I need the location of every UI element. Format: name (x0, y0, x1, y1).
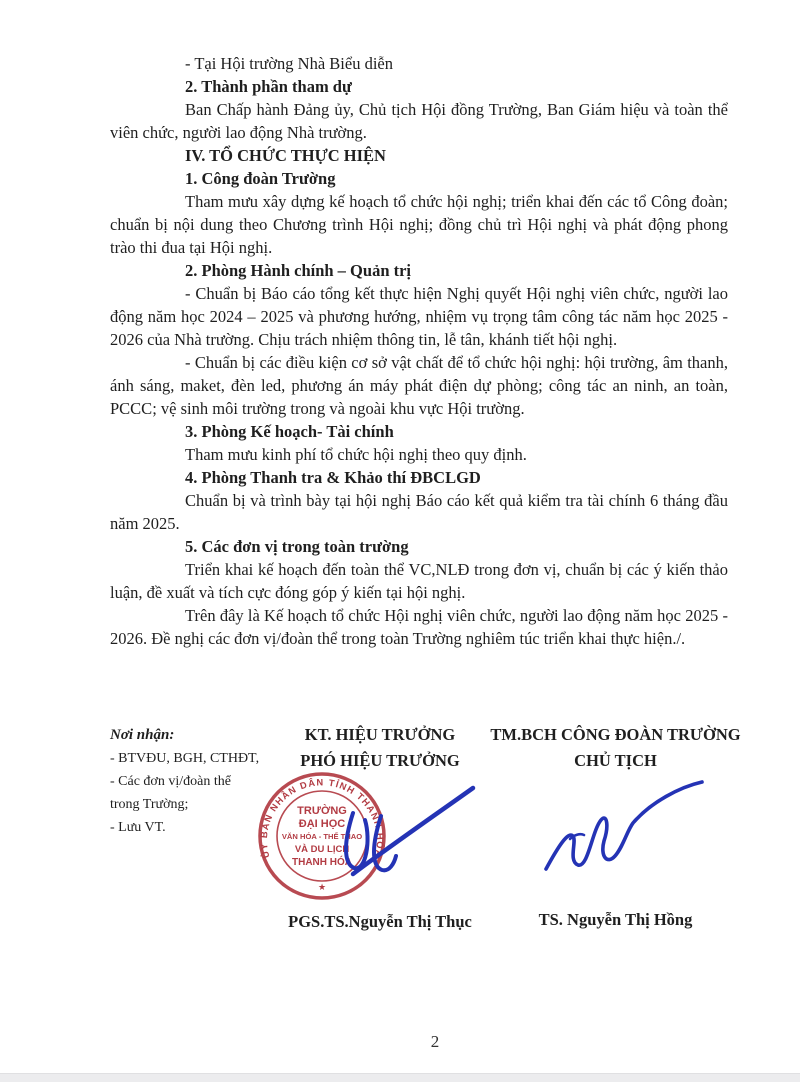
paragraph: - Chuẩn bị Báo cáo tổng kết thực hiện Ng… (110, 282, 728, 351)
paragraph: Trên đây là Kế hoạch tổ chức Hội nghị vi… (110, 604, 728, 650)
paragraph: - Chuẩn bị các điều kiện cơ sở vật chất … (110, 351, 728, 420)
document-body: - Tại Hội trường Nhà Biểu diễn 2. Thành … (110, 52, 728, 650)
paragraph: Tham mưu kinh phí tổ chức hội nghị theo … (110, 443, 728, 466)
recipients-block: Nơi nhận: - BTVĐU, BGH, CTHĐT, - Các đơn… (110, 724, 260, 839)
page-number: 2 (0, 1032, 800, 1052)
section-heading: 4. Phòng Thanh tra & Khảo thí ĐBCLGD (110, 466, 728, 489)
section-heading: 2. Phòng Hành chính – Quản trị (110, 259, 728, 282)
recipient-item: - Lưu VT. (110, 816, 260, 839)
stamp-star-icon: ★ (318, 882, 326, 892)
signer-role: KT. HIỆU TRƯỞNG (270, 722, 490, 748)
signer-role: TM.BCH CÔNG ĐOÀN TRƯỜNG (478, 722, 753, 748)
signature-block-right: TM.BCH CÔNG ĐOÀN TRƯỜNG CHỦ TỊCH (478, 722, 753, 774)
section-heading: 5. Các đơn vị trong toàn trường (110, 535, 728, 558)
handwritten-signature-left (295, 778, 480, 883)
signer-role: CHỦ TỊCH (478, 748, 753, 774)
section-heading: 1. Công đoàn Trường (110, 167, 728, 190)
paragraph: Tham mưu xây dựng kế hoạch tổ chức hội n… (110, 190, 728, 259)
viewer-bottom-edge (0, 1073, 800, 1082)
signature-block-left: KT. HIỆU TRƯỞNG PHÓ HIỆU TRƯỞNG (270, 722, 490, 774)
paragraph: - Tại Hội trường Nhà Biểu diễn (110, 52, 728, 75)
paragraph: Ban Chấp hành Đảng ủy, Chủ tịch Hội đồng… (110, 98, 728, 144)
paragraph: Triển khai kế hoạch đến toàn thể VC,NLĐ … (110, 558, 728, 604)
paragraph: Chuẩn bị và trình bày tại hội nghị Báo c… (110, 489, 728, 535)
signer-name: PGS.TS.Nguyễn Thị Thục (270, 912, 490, 932)
section-heading: 3. Phòng Kế hoạch- Tài chính (110, 420, 728, 443)
signer-name: TS. Nguyễn Thị Hồng (488, 910, 743, 930)
section-heading: IV. TỔ CHỨC THỰC HIỆN (110, 144, 728, 167)
section-heading: 2. Thành phần tham dự (110, 75, 728, 98)
recipients-title: Nơi nhận: (110, 724, 260, 747)
recipient-item: - Các đơn vị/đoàn thể trong Trường; (110, 770, 260, 816)
handwritten-signature-right (530, 775, 715, 885)
recipient-item: - BTVĐU, BGH, CTHĐT, (110, 747, 260, 770)
document-page: - Tại Hội trường Nhà Biểu diễn 2. Thành … (0, 0, 800, 1082)
